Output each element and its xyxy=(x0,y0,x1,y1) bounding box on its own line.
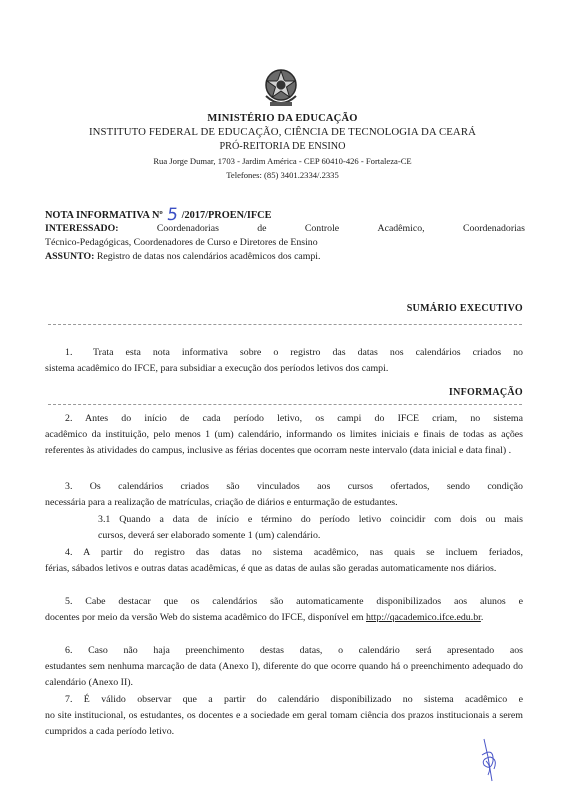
paragraph-1: 1.Trata esta nota informativa sobre o re… xyxy=(45,345,523,377)
paragraph-4: 4. A partir do registro das datas no sis… xyxy=(45,545,523,577)
divider xyxy=(48,324,522,325)
qacademico-link[interactable]: http://qacademico.ifce.edu.br xyxy=(366,612,481,623)
paragraph-3: 3. Os calendários criados são vinculados… xyxy=(45,479,523,511)
assunto-block: ASSUNTO: Registro de datas nos calendári… xyxy=(45,250,525,264)
paragraph-3-1: 3.1 Quando a data de início e término do… xyxy=(98,512,523,544)
interessado-line2: Técnico-Pedagógicas, Coordenadores de Cu… xyxy=(45,236,525,250)
header-address: Rua Jorge Dumar, 1703 - Jardim América -… xyxy=(0,156,565,166)
paragraph-text: cursos, deverá ser elaborado somente 1 (… xyxy=(98,530,320,541)
header-ministry: MINISTÉRIO DA EDUCAÇÃO xyxy=(0,113,565,124)
paragraph-text: 4. A partir do registro das datas no sis… xyxy=(45,545,523,561)
nota-suffix: /2017/PROEN/IFCE xyxy=(182,210,272,221)
interessado-word: de xyxy=(257,222,266,236)
paragraph-2: 2. Antes do início de cada período letiv… xyxy=(45,411,523,459)
paragraph-text: . xyxy=(481,612,483,623)
paragraph-text: 3.1 Quando a data de início e término do… xyxy=(98,512,523,528)
paragraph-text: Trata esta nota informativa sobre o regi… xyxy=(93,347,523,358)
paragraph-text: 7. É válido observar que a partir do cal… xyxy=(45,692,523,708)
header-phones: Telefones: (85) 3401.2334/.2335 xyxy=(0,170,565,180)
handwritten-initials-icon xyxy=(478,737,502,783)
paragraph-text: acadêmico da instituição, pelo menos 1 (… xyxy=(45,429,523,456)
interessado-block: INTERESSADO: Coordenadorias de Controle … xyxy=(45,222,525,249)
interessado-word: Coordenadorias xyxy=(463,222,525,236)
paragraph-text: estudantes sem nenhuma marcação de data … xyxy=(45,661,523,688)
section-title-summary: SUMÁRIO EXECUTIVO xyxy=(407,303,523,314)
nota-number: 5 xyxy=(166,209,179,223)
nota-informativa-title: NOTA INFORMATIVA Nº5/2017/PROEN/IFCE xyxy=(45,207,525,223)
paragraph-text: 5. Cabe destacar que os calendários são … xyxy=(45,594,523,610)
interessado-word: Coordenadorias xyxy=(157,222,219,236)
header-pro-rectorate: PRÓ-REITORIA DE ENSINO xyxy=(0,141,565,152)
paragraph-text: no site institucional, os estudantes, os… xyxy=(45,710,523,737)
nota-prefix: NOTA INFORMATIVA Nº xyxy=(45,210,163,221)
interessado-word: Controle xyxy=(305,222,339,236)
section-title-information: INFORMAÇÃO xyxy=(449,387,523,398)
divider xyxy=(48,404,522,405)
interessado-word: Acadêmico, xyxy=(378,222,425,236)
paragraph-text: necessária para a realização de matrícul… xyxy=(45,497,398,508)
header-institute: INSTITUTO FEDERAL DE EDUCAÇÃO, CIÊNCIA D… xyxy=(0,126,565,138)
paragraph-text: férias, sábados letivos e outras datas a… xyxy=(45,563,496,574)
paragraph-text: docentes por meio da versão Web do siste… xyxy=(45,612,364,623)
paragraph-6: 6. Caso não haja preenchimento destas da… xyxy=(45,643,523,691)
paragraph-text: 3. Os calendários criados são vinculados… xyxy=(45,479,523,495)
paragraph-text: 2. Antes do início de cada período letiv… xyxy=(45,411,523,427)
paragraph-text: sistema acadêmico do IFCE, para subsidia… xyxy=(45,363,388,374)
assunto-label: ASSUNTO: xyxy=(45,251,94,262)
paragraph-number: 1. xyxy=(65,345,93,361)
document-page: MINISTÉRIO DA EDUCAÇÃO INSTITUTO FEDERAL… xyxy=(0,0,565,800)
paragraph-5: 5. Cabe destacar que os calendários são … xyxy=(45,594,523,626)
brazil-coat-of-arms-icon xyxy=(260,66,302,110)
interessado-label: INTERESSADO: xyxy=(45,222,119,236)
paragraph-text: 6. Caso não haja preenchimento destas da… xyxy=(45,643,523,659)
assunto-text: Registro de datas nos calendários acadêm… xyxy=(97,251,321,262)
paragraph-7: 7. É válido observar que a partir do cal… xyxy=(45,692,523,740)
